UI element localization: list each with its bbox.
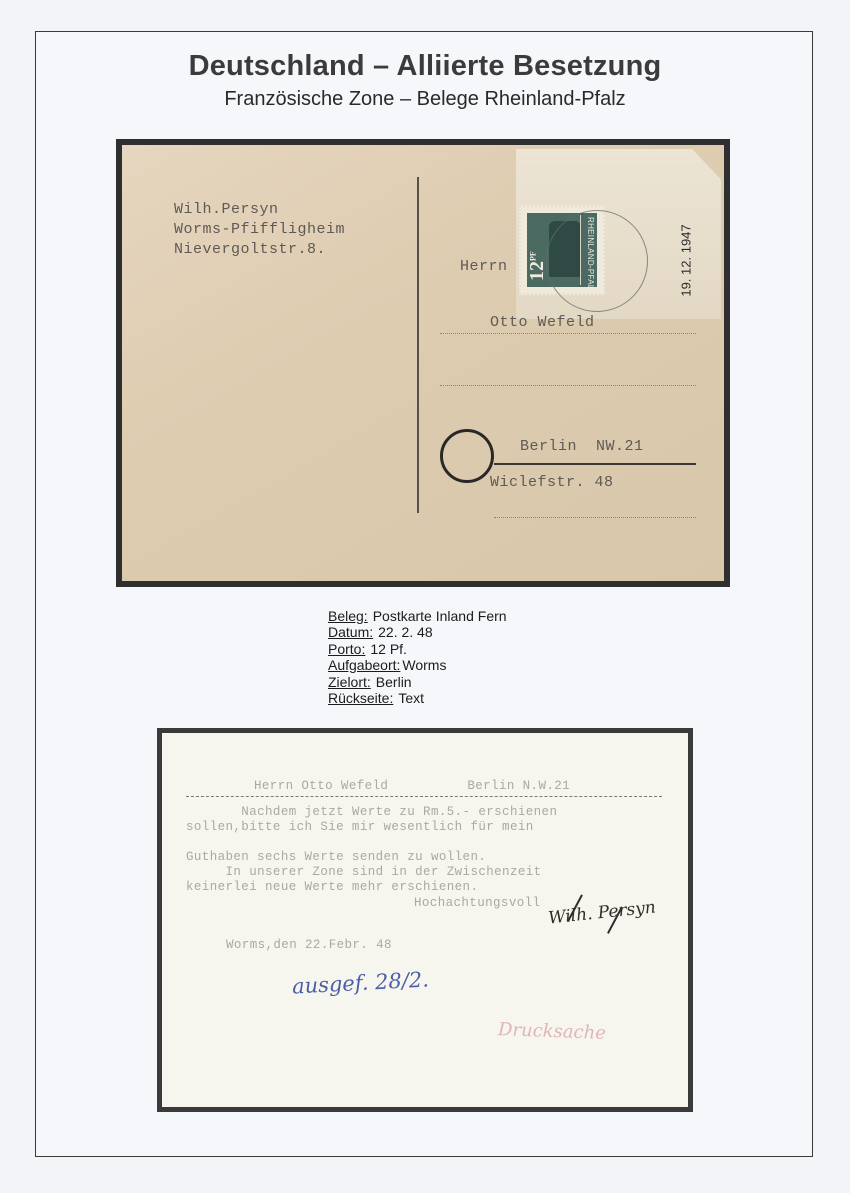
selvage-date: 19. 12. 1947	[679, 224, 694, 296]
handwritten-note-pink: Drucksache	[498, 1019, 607, 1044]
city-underline	[494, 463, 696, 465]
info-row: Zielort:Berlin	[328, 674, 507, 690]
recipient-name: Otto Wefeld	[490, 313, 595, 333]
page-subtitle: Französische Zone – Belege Rheinland-Pfa…	[0, 88, 850, 111]
info-row: Rückseite:Text	[328, 690, 507, 706]
place-date: Worms,den 22.Febr. 48	[226, 938, 392, 953]
info-row: Aufgabeort:Worms	[328, 657, 507, 673]
letter-body: Nachdem jetzt Werte zu Rm.5.- erschienen…	[186, 805, 557, 895]
info-row: Datum:22. 2. 48	[328, 624, 507, 640]
page-title: Deutschland – Alliierte Besetzung	[0, 50, 850, 83]
address-line	[440, 385, 696, 386]
recipient-street: Wiclefstr. 48	[490, 473, 614, 493]
back-heading: Herrn Otto Wefeld Berlin N.W.21	[254, 779, 570, 794]
postcard-front: Wilh.Persyn Worms-Pfiffligheim Nievergol…	[116, 139, 730, 587]
address-line	[494, 517, 696, 518]
postcard-front-paper: Wilh.Persyn Worms-Pfiffligheim Nievergol…	[122, 145, 724, 581]
heading-underline	[186, 796, 662, 797]
postmark-circle	[546, 210, 648, 312]
signature: Wilh. Persyn	[547, 897, 656, 928]
cover-description: Beleg:Postkarte Inland Fern Datum:22. 2.…	[328, 608, 507, 706]
postcard-back: Herrn Otto Wefeld Berlin N.W.21 Nachdem …	[157, 728, 693, 1112]
handwritten-note-blue: ausgef. 28/2.	[291, 967, 429, 998]
info-row: Porto:12 Pf.	[328, 641, 507, 657]
address-line	[440, 333, 696, 334]
postal-code-circle	[440, 429, 494, 483]
recipient-city: Berlin NW.21	[520, 437, 644, 457]
vertical-divider	[417, 177, 419, 513]
info-row: Beleg:Postkarte Inland Fern	[328, 608, 507, 624]
salutation: Herrn	[460, 257, 508, 277]
sender-address: Wilh.Persyn Worms-Pfiffligheim Nievergol…	[174, 200, 345, 260]
letter-closing: Hochachtungsvoll	[414, 896, 540, 911]
postcard-back-paper: Herrn Otto Wefeld Berlin N.W.21 Nachdem …	[162, 733, 688, 1107]
